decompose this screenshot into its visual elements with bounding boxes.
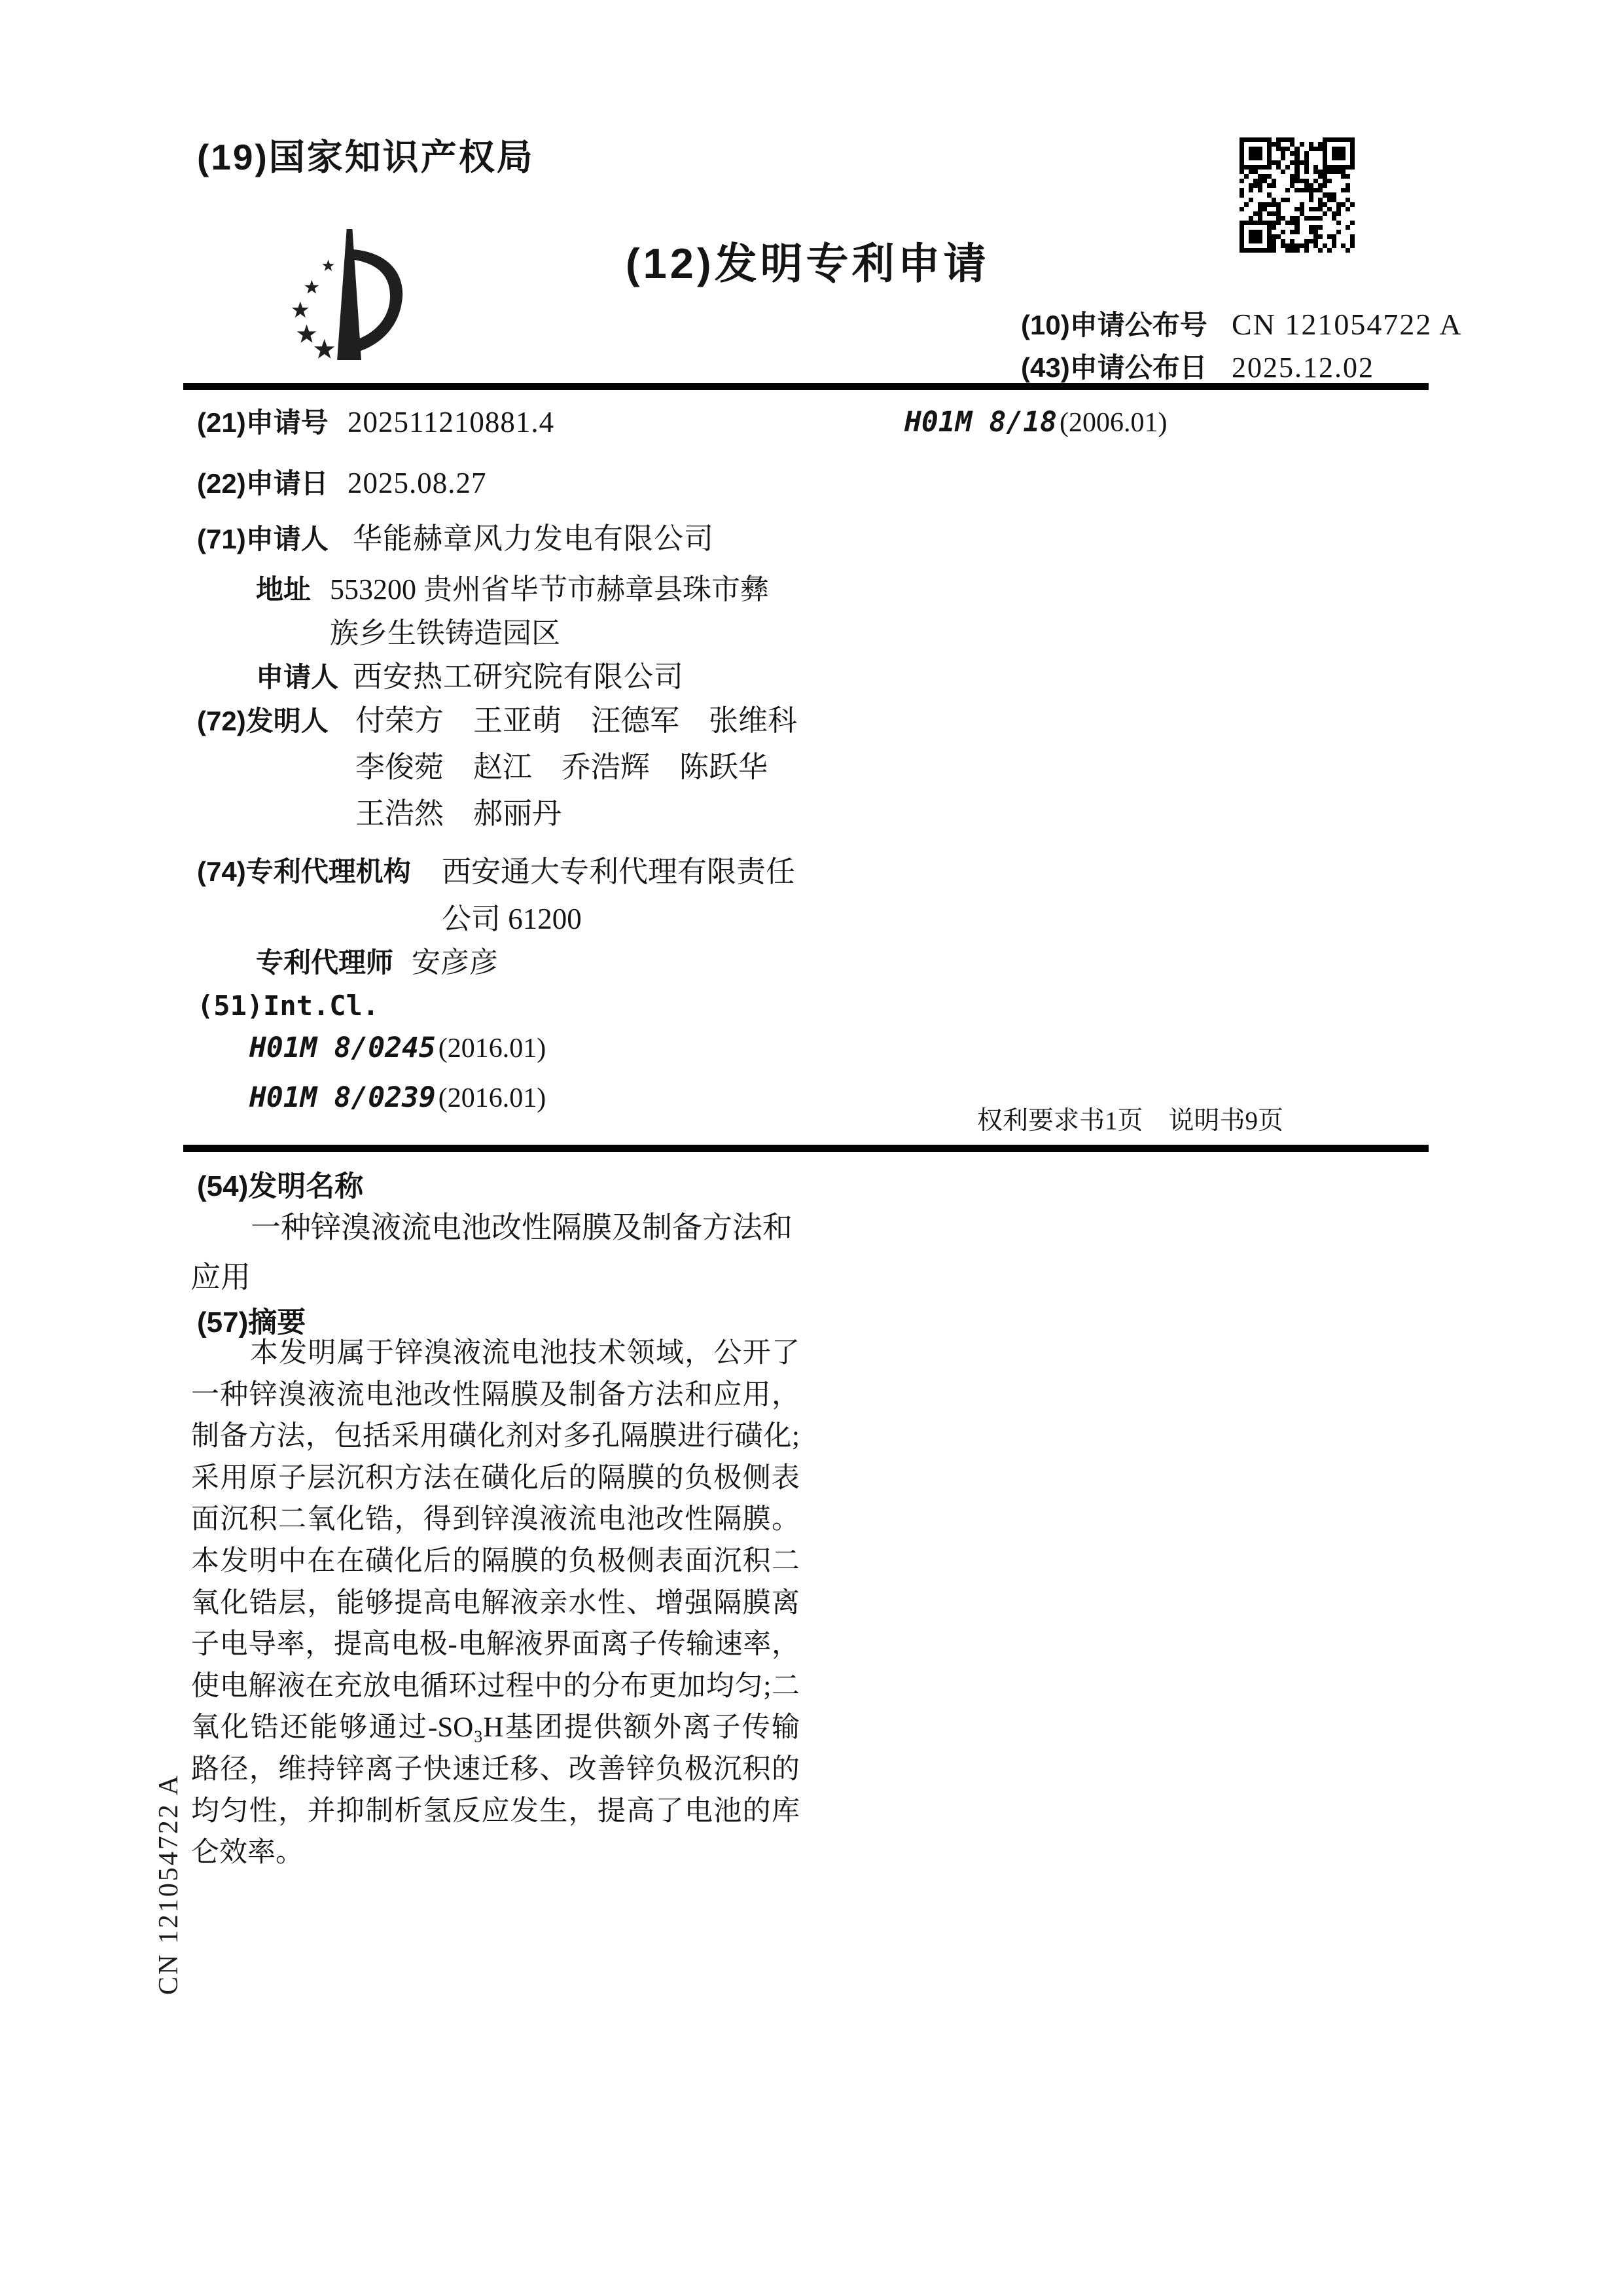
inventors-block: (72)发明人 付荣方 王亚萌 汪德军 张维科 李俊菀 赵江 乔浩辉 陈跃华 王… [197, 698, 797, 837]
address-value: 553200 贵州省毕节市赫章县珠市彝族乡生铁铸造园区 [330, 567, 788, 655]
inventors-line: 付荣方 王亚萌 汪德军 张维科 [355, 698, 797, 744]
application-number-value: 202511210881.4 [348, 406, 554, 439]
ipc-code: H01M 8/0239 [249, 1081, 436, 1114]
document-type-title: (12)发明专利申请 [626, 229, 990, 291]
ipc-version: (2016.01) [438, 1033, 546, 1064]
pages-info: 权利要求书1页 说明书9页 [977, 1106, 1283, 1136]
int-cl-entry: H01M 8/0239(2016.01) [249, 1076, 546, 1126]
application-number-row: (21)申请号202511210881.4 [197, 403, 554, 448]
agency-label: (74)专利代理机构 [197, 848, 442, 895]
filing-date-value: 2025.08.27 [348, 467, 487, 499]
patent-cover-page: (19)国家知识产权局 (12)发明专利申请 (10)申请公布号CN 12105… [0, 0, 1623, 2296]
publication-date-label: (43)申请公布日 [1021, 350, 1232, 386]
inventors-list: 付荣方 王亚萌 汪德军 张维科 李俊菀 赵江 乔浩辉 陈跃华 王浩然 郝丽丹 [355, 698, 797, 837]
application-number-label: (21)申请号 [197, 404, 348, 442]
applicant-1-name: 华能赫章风力发电有限公司 [353, 522, 714, 555]
applicant-label: (71)申请人 [197, 517, 353, 561]
abstract-text: 本发明属于锌溴液流电池技术领域，公开了一种锌溴液流电池改性隔膜及制备方法和应用，… [191, 1333, 800, 1874]
qr-code [1240, 137, 1355, 253]
applicants-block: (71)申请人华能赫章风力发电有限公司 地址 553200 贵州省毕节市赫章县珠… [197, 517, 788, 706]
agency-name: 西安通大专利代理有限责任公司 61200 [442, 848, 808, 942]
ipc-code: H01M 8/18 [904, 406, 1057, 439]
int-cl-entry: H01M 8/0245(2016.01) [249, 1026, 546, 1076]
ipc-code: H01M 8/0245 [249, 1031, 436, 1064]
divider-middle [183, 1145, 1429, 1152]
agency-block: (74)专利代理机构 西安通大专利代理有限责任公司 61200 [197, 848, 808, 942]
publication-date-line: (43)申请公布日2025.12.02 [1021, 350, 1374, 387]
publication-number-value: CN 121054722 A [1232, 308, 1463, 341]
filing-date-label: (22)申请日 [197, 465, 348, 503]
invention-title-label: (54)发明名称 [197, 1162, 363, 1204]
address-label: 地址 [256, 567, 330, 611]
agent-name: 安彦彦 [412, 946, 498, 978]
publication-date-value: 2025.12.02 [1232, 351, 1374, 384]
int-cl-block: (51)Int.Cl. H01M 8/0245(2016.01) H01M 8/… [197, 986, 546, 1126]
office-name: (19)国家知识产权局 [197, 128, 535, 180]
applicant-2-name: 西安热工研究院有限公司 [353, 660, 684, 693]
ipc-main-class: H01M 8/18(2006.01) [904, 403, 1167, 448]
inventors-label: (72)发明人 [197, 698, 355, 744]
publication-number-line: (10)申请公布号CN 121054722 A [1021, 306, 1463, 344]
inventors-line: 李俊菀 赵江 乔浩辉 陈跃华 [355, 744, 797, 791]
ipc-version: (2006.01) [1060, 408, 1167, 438]
applicant-2-label: 申请人 [256, 655, 353, 699]
divider-top [183, 383, 1429, 390]
applicant-row: (71)申请人华能赫章风力发电有限公司 [197, 517, 788, 567]
invention-title: 一种锌溴液流电池改性隔膜及制备方法和应用 [190, 1203, 799, 1302]
filing-date-row: (22)申请日2025.08.27 [197, 464, 487, 509]
int-cl-label: (51)Int.Cl. [197, 986, 546, 1026]
publication-number-label: (10)申请公布号 [1021, 307, 1232, 344]
ipc-version: (2016.01) [438, 1083, 546, 1113]
inventors-line: 王浩然 郝丽丹 [355, 791, 797, 837]
address-row: 地址 553200 贵州省毕节市赫章县珠市彝族乡生铁铸造园区 [197, 567, 788, 655]
agent-label: 专利代理师 [256, 944, 412, 982]
agent-row: 专利代理师安彦彦 [256, 944, 498, 982]
cnipa-logo-icon [275, 229, 427, 360]
vertical-publication-number: CN 121054722 A [153, 1774, 185, 1995]
